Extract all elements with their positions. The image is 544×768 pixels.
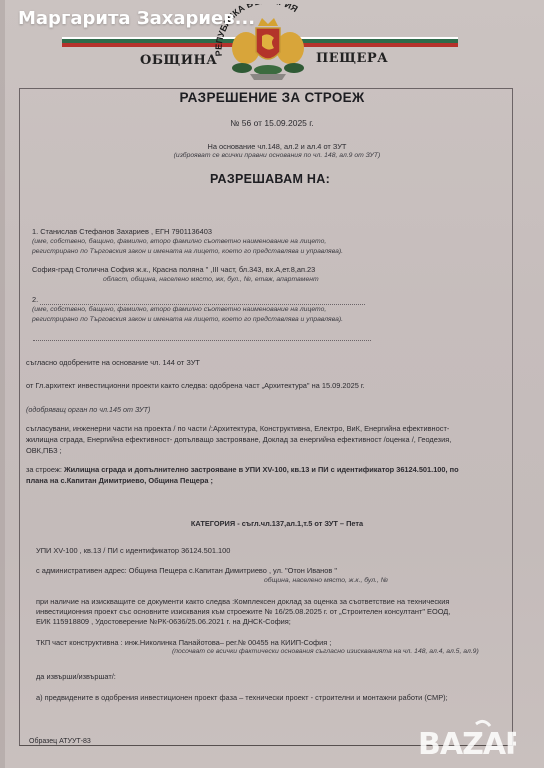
construction-label: за строеж: [26,465,64,474]
architect-line: от Гл.архитект инвестиционни проекти как… [26,381,365,390]
documents-line-3: ЕИК 115918809 , Удостоверение №РК-0636/2… [36,617,291,626]
svg-text:BAZAR: BAZAR [418,727,516,762]
applicant-1-line: 1. Станислав Стефанов Захариев , ЕГН 790… [32,227,212,236]
tkp-line: ТКП част конструктивна : инж.Николинка П… [36,638,331,647]
bazar-watermark-logo: BAZAR [416,718,516,762]
permit-heading: РАЗРЕШАВАМ НА: [0,172,542,186]
execute-line: да извърши/извършат/: [36,672,116,681]
construction-line-2: плана на с.Капитан Димитриево, Община Пе… [26,476,213,485]
document-title: РАЗРЕШЕНИЕ ЗА СТРОЕЖ [0,90,544,105]
coordinated-parts-3: ОВК,ПБЗ ; [26,446,62,455]
legal-basis-note: (изброяват се всички правни основания по… [5,152,544,159]
applicant-1-address-note: област, община, населено място, жк, бул.… [103,276,319,283]
tkp-note: (посочват се всички фактически основания… [172,648,479,655]
category-line: КАТЕГОРИЯ - съгл.чл.137,ал.1,т.5 от ЗУТ … [5,519,544,528]
separator-dotted-line [33,340,371,341]
documents-line-2: инвестиционния проект със основните изис… [36,607,450,616]
approval-line: съгласно одобрените на основание чл. 144… [26,358,200,367]
construction-line-1: за строеж: Жилищна сграда и допълнително… [26,465,459,474]
item-a: а) предвидените в одобрения инвестиционе… [36,693,448,702]
documents-line-1: при наличие на изискващите се документи … [36,597,449,606]
applicant-2-note-2: регистрирано по Търговския закон и имена… [32,316,343,323]
applicant-2-dotted-line [40,304,365,305]
applicant-1-note-1: (име, собствено, бащино, фамилно, второ … [32,238,326,245]
plot-line: УПИ XV-100 , кв.13 / ПИ с идентификатор … [36,546,230,555]
applicant-2-line: 2. [32,295,38,304]
legal-basis: На основание чл.148, ал.2 и ал.4 от ЗУТ [5,142,544,151]
construction-object: Жилищна сграда и допълнително застрояван… [64,465,459,474]
coordinated-parts-2: жилищна сграда, Енергийна ефективност- д… [26,435,451,444]
permit-number: № 56 от 15.09.2025 г. [0,118,544,128]
approver-note: (одобряващ орган по чл.145 от ЗУТ) [26,405,150,414]
page-edge [0,0,5,768]
document-photo: РЕПУБЛИКА БЪЛГАРИЯ ОБЩИНА ПЕЩЕРА Маргари… [0,0,544,768]
applicant-1-address: София-град Столична София ж.к., Красна п… [32,265,315,274]
form-code: Образец АТУУТ-83 [29,738,91,745]
admin-address-note: община, населено място, ж.к., бул., № [264,577,388,584]
applicant-2-note-1: (име, собствено, бащино, фамилно, второ … [32,306,326,313]
applicant-1-note-2: регистрирано по Търговския закон и имена… [32,248,343,255]
header-municipality-label: ОБЩИНА [140,53,217,68]
listing-title[interactable]: Маргарита Захариев... [18,8,255,29]
coordinated-parts-1: съгласувани, инженерни части на проекта … [26,424,449,433]
admin-address: с административен адрес: Община Пещера с… [36,566,337,575]
header-town-label: ПЕЩЕРА [316,51,388,66]
